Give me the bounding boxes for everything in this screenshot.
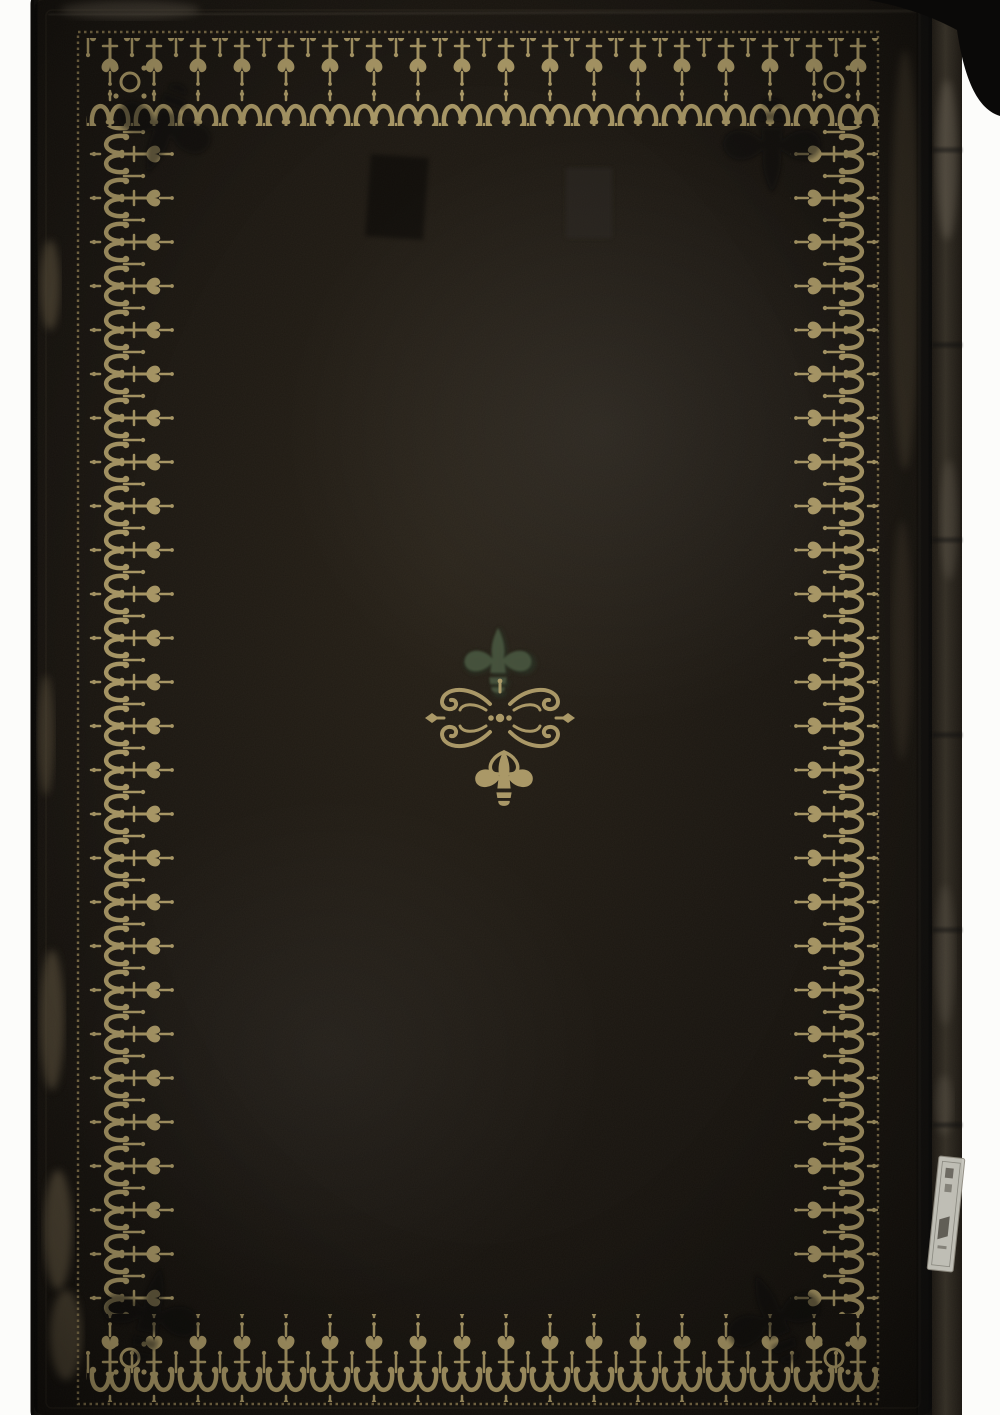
photo-vignette: [34, 0, 932, 1415]
spine-edge: [927, 0, 965, 1415]
hinge-shadow: [918, 0, 934, 1415]
scan-scene: Back cover of an antique book: dark pebb…: [0, 0, 1000, 1415]
book-cover: [34, 0, 932, 1415]
book-cover-photo: [0, 0, 1000, 1415]
